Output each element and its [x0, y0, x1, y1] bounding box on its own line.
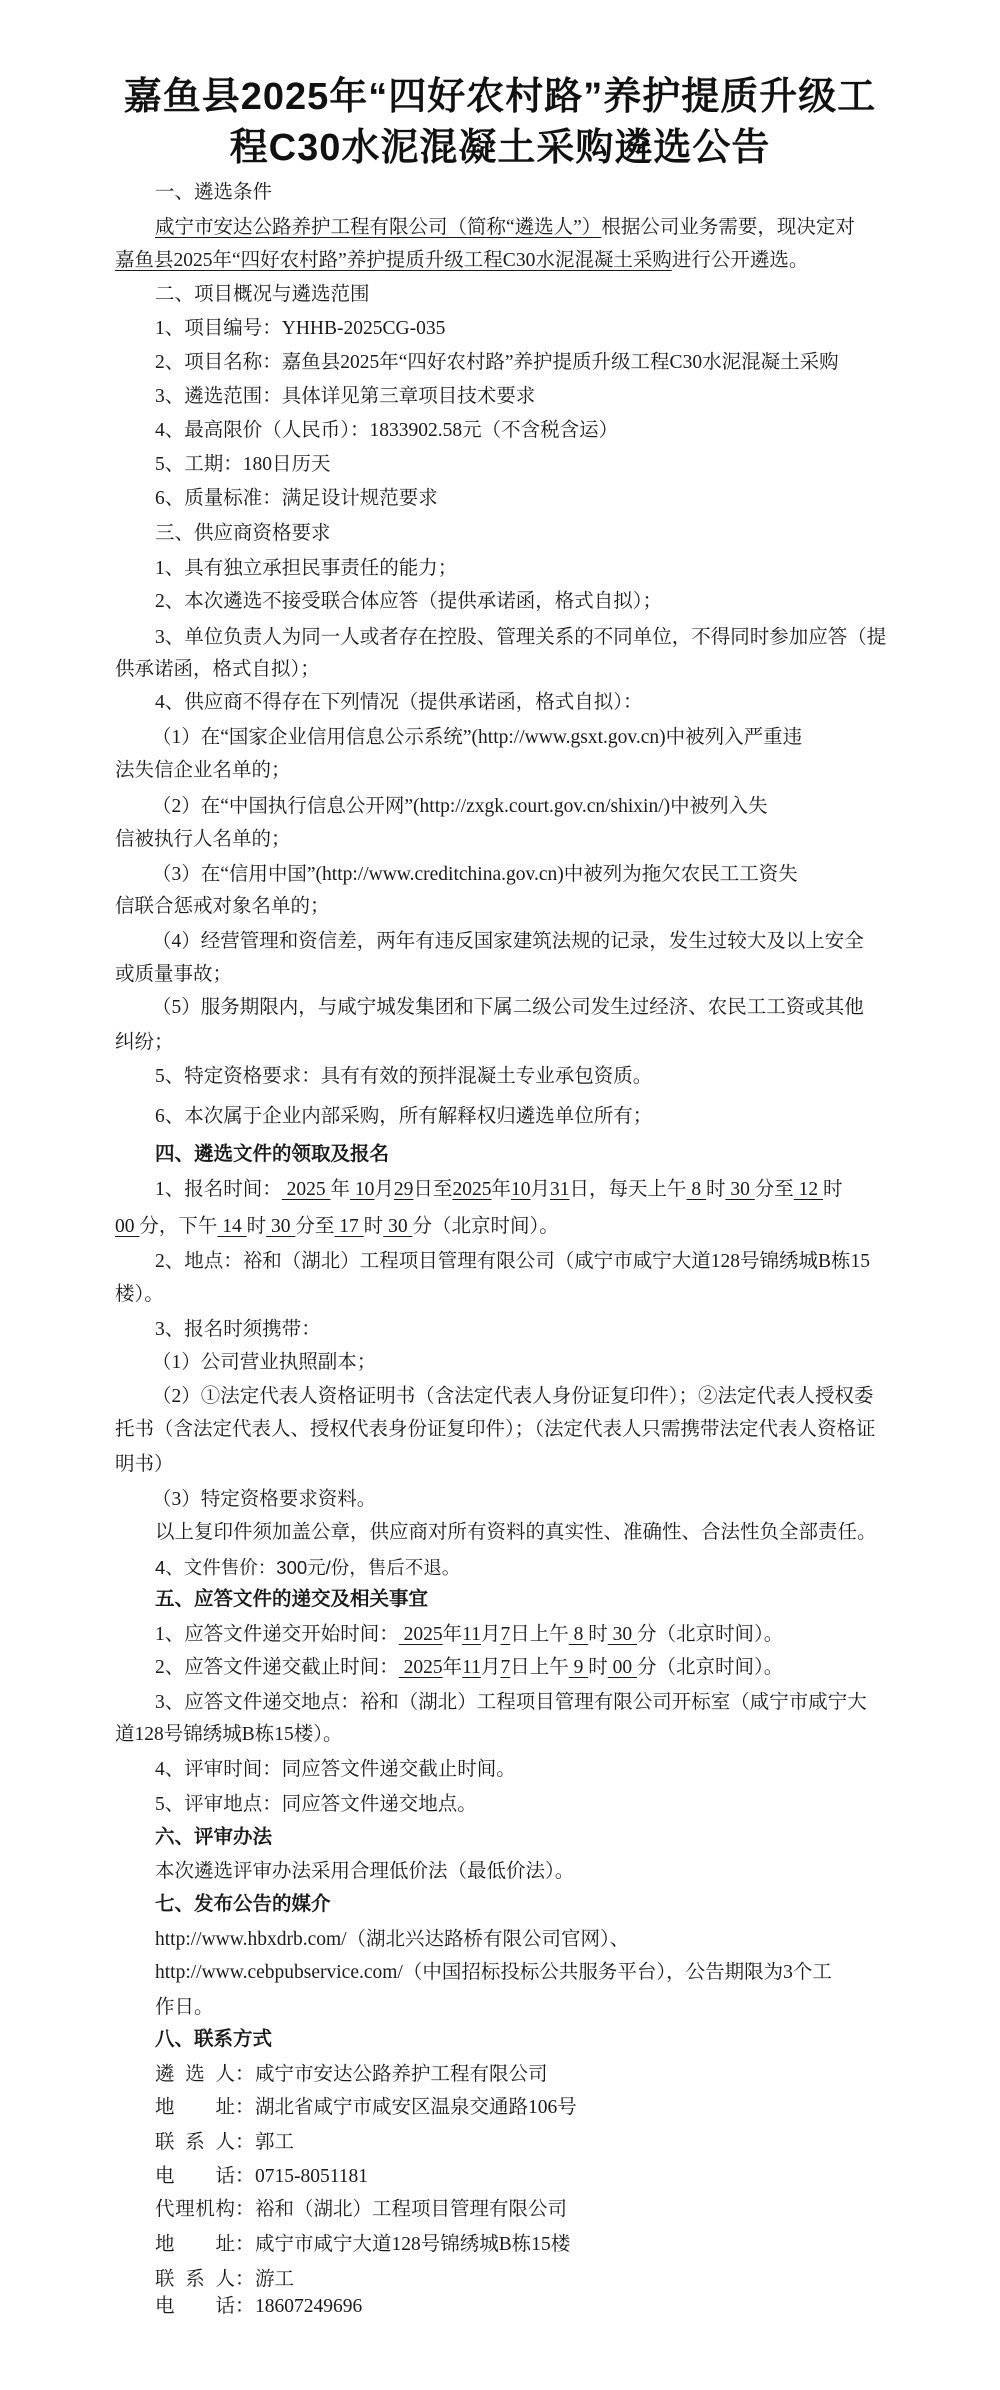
text: 年	[443, 1624, 463, 1645]
hour: 12	[794, 1179, 823, 1200]
contact-value: 湖北省咸宁市咸安区温泉交通路106号	[255, 2097, 577, 2118]
hour: 8	[569, 1624, 589, 1645]
contact-agency-phone: 电话：18607249696	[155, 2293, 362, 2321]
registration-location-line-1: 2、地点：裕和（湖北）工程项目管理有限公司（咸宁市咸宁大道128号锦绣城B栋15	[155, 1248, 870, 1276]
contact-selector-phone: 电话：0715-8051181	[155, 2163, 368, 2191]
text: 分至	[295, 1216, 334, 1237]
qualification-item-3-line-1: 3、单位负责人为同一人或者存在控股、管理关系的不同单位，不得同时参加应答（提	[155, 624, 886, 652]
month: 11	[462, 1657, 481, 1678]
exclusion-1-line-2: 法失信企业名单的；	[115, 757, 291, 785]
qualification-item-2: 2、本次遴选不接受联合体应答（提供承诺函，格式自拟）；	[155, 588, 662, 616]
paragraph-text: 根据公司业务需要，现决定对	[601, 217, 855, 238]
minute: 30	[608, 1624, 637, 1645]
day: 7	[500, 1657, 510, 1678]
colon: ：	[235, 2293, 255, 2321]
text: 时	[706, 1179, 726, 1200]
contact-label: 代理机构	[155, 2196, 235, 2224]
exclusion-2-line-1: （2）在“中国执行信息公开网”(http://zxgk.court.gov.cn…	[152, 793, 768, 821]
day: 7	[500, 1624, 510, 1645]
year: 2025	[282, 1179, 331, 1200]
text: 月	[481, 1624, 501, 1645]
registration-materials: 3、报名时须携带：	[155, 1316, 321, 1344]
exclusion-3-line-1: （3）在“信用中国”(http://www.creditchina.gov.cn…	[152, 861, 798, 889]
material-1: （1）公司营业执照副本；	[152, 1349, 376, 1377]
section-5-heading: 五、应答文件的递交及相关事宜	[155, 1586, 428, 1614]
qualification-item-5: 5、特定资格要求：具有有效的预拌混凝土专业承包资质。	[155, 1063, 652, 1091]
label: 2、应答文件递交截止时间：	[155, 1657, 399, 1678]
section-1-paragraph-line-2: 嘉鱼县2025年“四好农村路”养护提质升级工程C30水泥混凝土采购进行公开遴选。	[115, 247, 808, 275]
section-4-heading: 四、遴选文件的领取及报名	[155, 1141, 389, 1169]
project-item-2: 2、项目名称：嘉鱼县2025年“四好农村路”养护提质升级工程C30水泥混凝土采购	[155, 349, 839, 377]
year: 2025	[399, 1624, 443, 1645]
media-link-2[interactable]: http://www.cebpubservice.com/（中国招标投标公共服务…	[155, 1959, 832, 1987]
hour: 8	[686, 1179, 706, 1200]
registration-time-line-2: 00 分，下午 14 时 30 分至 17 时 30 分（北京时间）。	[115, 1213, 559, 1241]
exclusion-3-line-2: 信联合惩戒对象名单的；	[115, 893, 330, 921]
text: 年	[331, 1179, 351, 1200]
document-title-line-1: 嘉鱼县2025年“四好农村路”养护提质升级工	[0, 72, 1000, 122]
document-price: 4、文件售价：300元/份，售后不退。	[155, 1554, 460, 1582]
registration-time-line-1: 1、报名时间： 2025 年 10月29日至2025年10月31日，每天上午 8…	[155, 1176, 843, 1204]
text: 月	[530, 1179, 550, 1200]
section-1-heading: 一、遴选条件	[155, 179, 272, 207]
text: 分（北京时间）。	[637, 1624, 783, 1645]
submission-deadline-time: 2、应答文件递交截止时间： 2025年11月7日上午 9 时 00 分（北京时间…	[155, 1654, 783, 1682]
exclusion-2-line-2: 信被执行人名单的；	[115, 826, 291, 854]
qualification-item-4: 4、供应商不得存在下列情况（提供承诺函，格式自拟）：	[155, 689, 643, 717]
qualification-item-6: 6、本次属于企业内部采购，所有解释权归遴选单位所有；	[155, 1103, 652, 1131]
review-place: 5、评审地点：同应答文件递交地点。	[155, 1791, 477, 1819]
material-2-line-3: 明书）	[115, 1451, 174, 1479]
year: 2025	[399, 1657, 443, 1678]
contact-label: 地址	[155, 2231, 235, 2259]
contact-value: 裕和（湖北）工程项目管理有限公司	[255, 2199, 567, 2220]
colon: ：	[235, 2061, 255, 2089]
contact-value: 18607249696	[255, 2296, 362, 2317]
contact-agency: 代理机构：裕和（湖北）工程项目管理有限公司	[155, 2196, 567, 2224]
text: 分至	[755, 1179, 794, 1200]
minute: 00	[608, 1657, 637, 1678]
contact-label: 电话	[155, 2163, 235, 2191]
submission-place-line-2: 道128号锦绣城B栋15楼）。	[115, 1721, 343, 1749]
colon: ：	[235, 2196, 255, 2224]
contact-value: 0715-8051181	[255, 2166, 368, 2187]
review-time: 4、评审时间：同应答文件递交截止时间。	[155, 1756, 516, 1784]
text: 日至	[413, 1179, 452, 1200]
text: 时	[364, 1216, 384, 1237]
day: 31	[550, 1179, 570, 1200]
colon: ：	[235, 2231, 255, 2259]
exclusion-1-line-1: （1）在“国家企业信用信息公示系统”(http://www.gsxt.gov.c…	[152, 724, 802, 752]
contact-value: 咸宁市安达公路养护工程有限公司	[255, 2064, 548, 2085]
contact-selector-person: 联系人：郭工	[155, 2129, 294, 2157]
minute: 30	[726, 1179, 755, 1200]
qualification-item-3-line-2: 供承诺函，格式自拟）；	[115, 656, 320, 684]
copies-note: 以上复印件须加盖公章，供应商对所有资料的真实性、准确性、合法性负全部责任。	[155, 1519, 877, 1547]
text: 分（北京时间）。	[637, 1657, 783, 1678]
project-item-4: 4、最高限价（人民币）：1833902.58元（不含税含运）	[155, 417, 618, 445]
material-2-line-2: 托书（含法定代表人、授权代表身份证复印件）；（法定代表人只需携带法定代表人资格证	[115, 1416, 876, 1444]
project-item-1: 1、项目编号：YHHB-2025CG-035	[155, 315, 445, 343]
text: 时	[823, 1179, 843, 1200]
hour: 9	[569, 1657, 589, 1678]
evaluation-method: 本次遴选评审办法采用合理低价法（最低价法）。	[155, 1858, 574, 1886]
contact-value: 游工	[255, 2269, 294, 2290]
month: 11	[462, 1624, 481, 1645]
qualification-item-1: 1、具有独立承担民事责任的能力；	[155, 555, 457, 583]
project-name: 嘉鱼县2025年“四好农村路”养护提质升级工程C30水泥混凝土采购	[115, 250, 672, 271]
material-3: （3）特定资格要求资料。	[152, 1486, 376, 1514]
contact-agency-person: 联系人：游工	[155, 2266, 294, 2294]
minute: 30	[266, 1216, 295, 1237]
colon: ：	[235, 2163, 255, 2191]
document-title-line-2: 程C30水泥混凝土采购遴选公告	[0, 123, 1000, 173]
section-7-heading: 七、发布公告的媒介	[155, 1891, 331, 1919]
text: 时	[588, 1657, 608, 1678]
material-2-line-1: （2）①法定代表人资格证明书（含法定代表人身份证复印件）；②法定代表人授权委	[152, 1383, 874, 1411]
contact-value: 咸宁市咸宁大道128号锦绣城B栋15楼	[255, 2234, 570, 2255]
contact-label: 电话	[155, 2293, 235, 2321]
section-8-heading: 八、联系方式	[155, 2026, 272, 2054]
hour: 14	[217, 1216, 246, 1237]
text: 月	[481, 1657, 501, 1678]
project-item-3: 3、遴选范围：具体详见第三章项目技术要求	[155, 383, 535, 411]
exclusion-4-line-2: 或质量事故；	[115, 961, 232, 989]
hour: 17	[334, 1216, 363, 1237]
colon: ：	[235, 2129, 255, 2157]
label: 1、应答文件递交开始时间：	[155, 1624, 399, 1645]
year: 2025	[452, 1179, 491, 1200]
contact-label: 联系人	[155, 2266, 235, 2294]
day: 29	[394, 1179, 414, 1200]
text: 日上午	[510, 1624, 569, 1645]
month: 10	[511, 1179, 531, 1200]
colon: ：	[235, 2094, 255, 2122]
contact-selector-address: 地址：湖北省咸宁市咸安区温泉交通路106号	[155, 2094, 577, 2122]
minute: 30	[383, 1216, 412, 1237]
contact-label: 地址	[155, 2094, 235, 2122]
text: 时	[247, 1216, 267, 1237]
text: 分（北京时间）。	[412, 1216, 558, 1237]
selector-company-name: 咸宁市安达公路养护工程有限公司（简称“遴选人”）	[155, 217, 601, 238]
media-link-2-continued: 作日。	[155, 1994, 214, 2022]
minute: 00	[115, 1216, 139, 1237]
text: 分，下午	[139, 1216, 217, 1237]
contact-label: 联系人	[155, 2129, 235, 2157]
registration-location-line-2: 楼）。	[115, 1281, 164, 1309]
contact-agency-address: 地址：咸宁市咸宁大道128号锦绣城B栋15楼	[155, 2231, 570, 2259]
contact-selector: 遴选人：咸宁市安达公路养护工程有限公司	[155, 2061, 548, 2089]
exclusion-5-line-1: （5）服务期限内，与咸宁城发集团和下属二级公司发生过经济、农民工工资或其他	[152, 994, 864, 1022]
project-item-5: 5、工期：180日历天	[155, 451, 331, 479]
text: 时	[588, 1624, 608, 1645]
contact-value: 郭工	[255, 2132, 294, 2153]
section-1-paragraph-line-1: 咸宁市安达公路养护工程有限公司（简称“遴选人”）根据公司业务需要，现决定对	[155, 214, 855, 242]
text: 年	[491, 1179, 511, 1200]
media-link-1[interactable]: http://www.hbxdrb.com/（湖北兴达路桥有限公司官网）、	[155, 1926, 629, 1954]
project-item-6: 6、质量标准：满足设计规范要求	[155, 485, 438, 513]
text: 日，每天上午	[569, 1179, 686, 1200]
month: 10	[350, 1179, 374, 1200]
exclusion-5-line-2: 纠纷；	[115, 1029, 174, 1057]
paragraph-text: 进行公开遴选。	[672, 250, 809, 271]
text: 日上午	[510, 1657, 569, 1678]
text: 年	[443, 1657, 463, 1678]
text: 月	[374, 1179, 394, 1200]
submission-place-line-1: 3、应答文件递交地点：裕和（湖北）工程项目管理有限公司开标室（咸宁市咸宁大	[155, 1689, 867, 1717]
section-2-heading: 二、项目概况与遴选范围	[155, 281, 370, 309]
section-6-heading: 六、评审办法	[155, 1824, 272, 1852]
colon: ：	[235, 2266, 255, 2294]
label: 1、报名时间：	[155, 1179, 282, 1200]
exclusion-4-line-1: （4）经营管理和资信差，两年有违反国家建筑法规的记录，发生过较大及以上安全	[152, 928, 864, 956]
submission-start-time: 1、应答文件递交开始时间： 2025年11月7日上午 8 时 30 分（北京时间…	[155, 1621, 783, 1649]
contact-label: 遴选人	[155, 2061, 235, 2089]
section-3-heading: 三、供应商资格要求	[155, 520, 331, 548]
